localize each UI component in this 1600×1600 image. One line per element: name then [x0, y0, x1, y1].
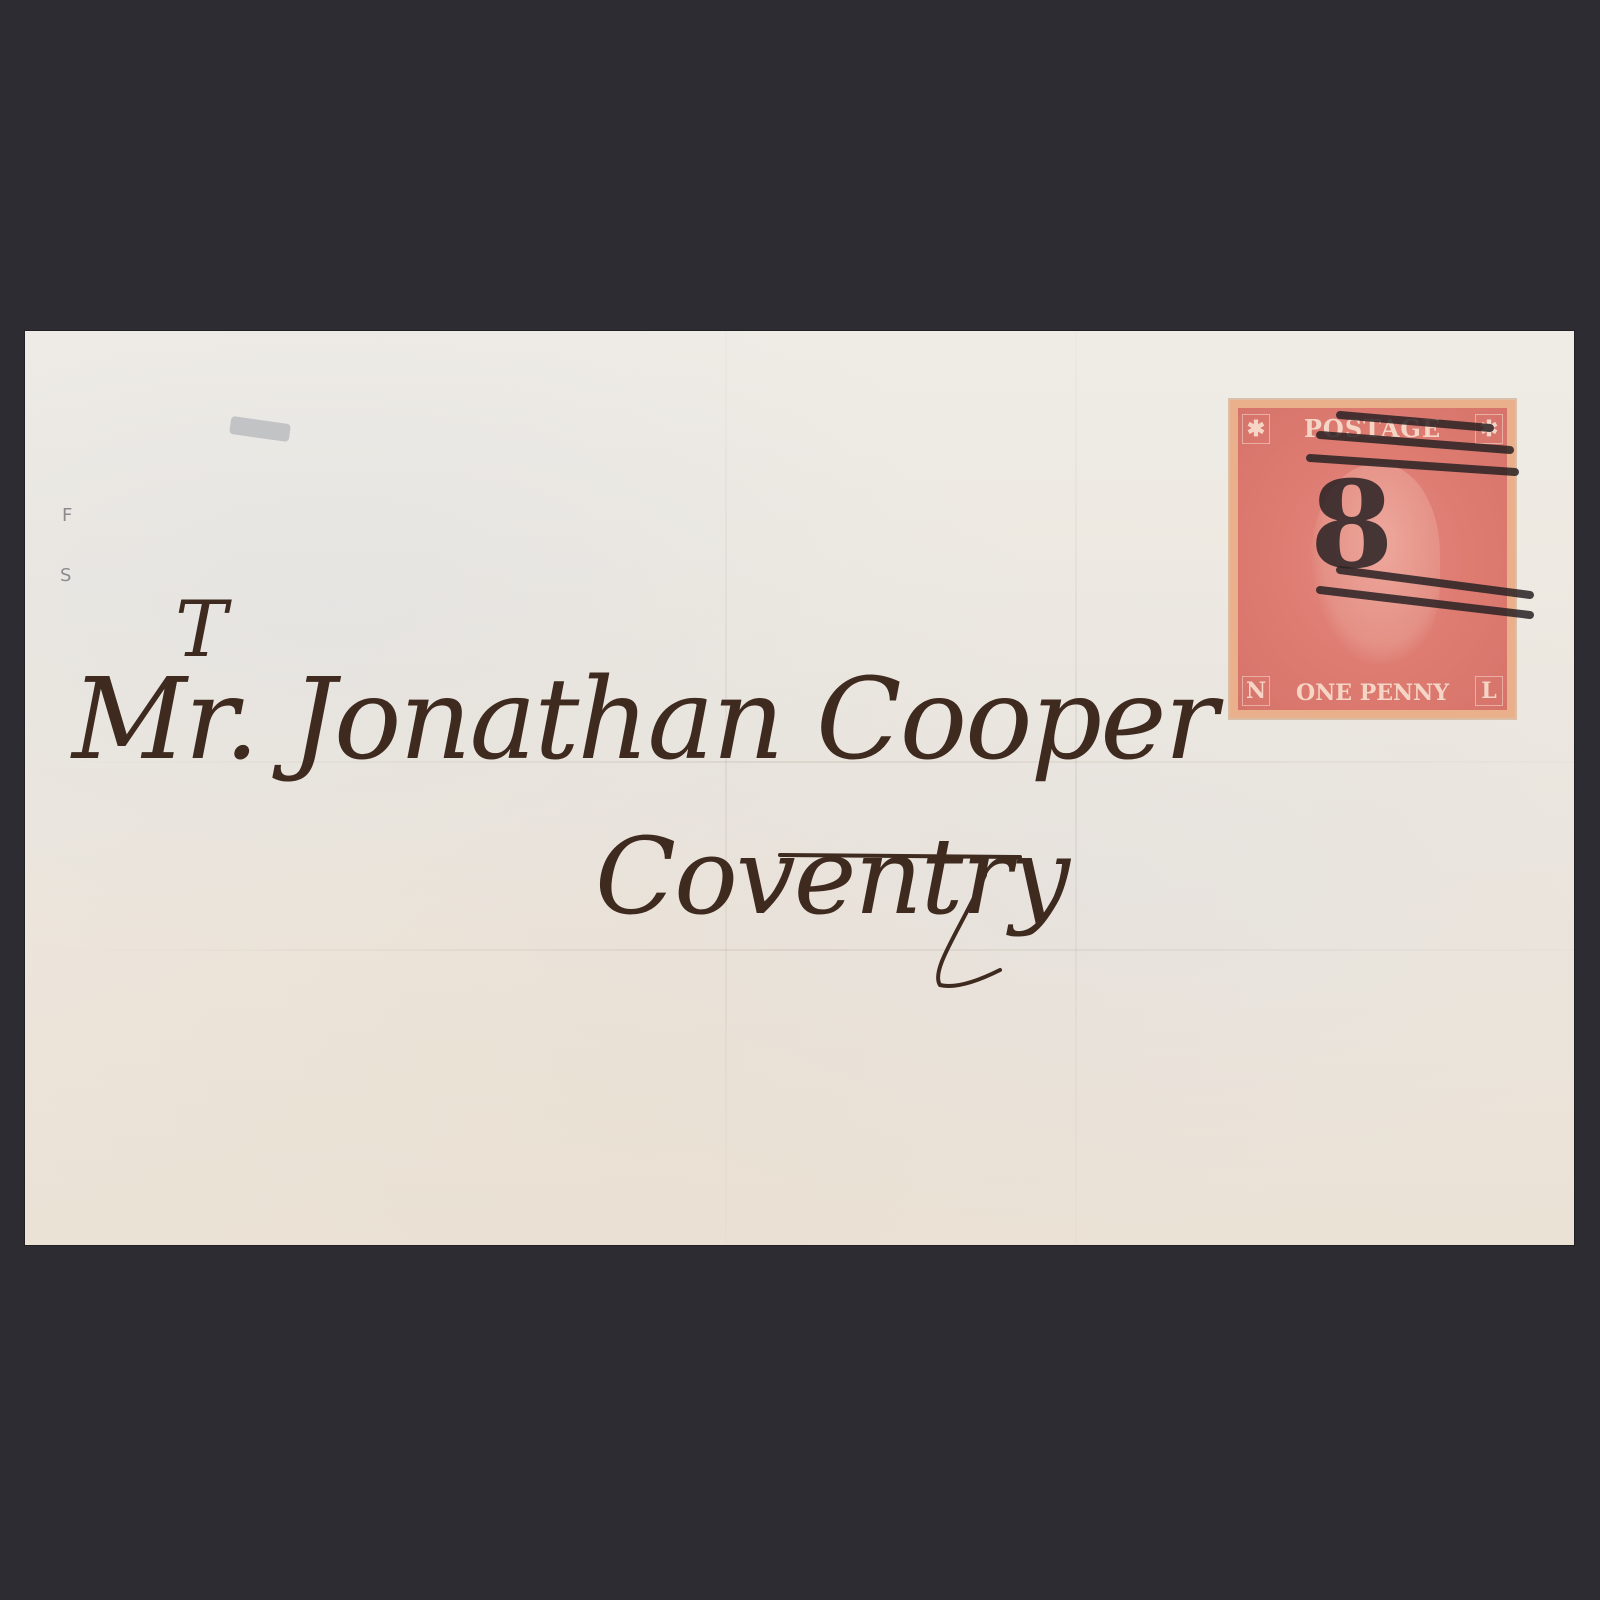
pencil-note: F [62, 505, 72, 526]
pencil-note: S [60, 565, 71, 586]
stamp-top-label: POSTAGE [1238, 414, 1507, 443]
photo-stage: F S T Mr. Jonathan Cooper Coventry ✱ ✱ P… [0, 0, 1600, 1600]
fold-crease [1075, 331, 1077, 1245]
stamp-corner-letter: N [1242, 676, 1270, 706]
fold-crease [25, 949, 1574, 951]
cancellation-numeral: 8 [1310, 455, 1400, 596]
address-recipient: Mr. Jonathan Cooper [72, 655, 1216, 785]
stamp-corner-letter: L [1475, 676, 1503, 706]
stamp-bottom-label: ONE PENNY [1238, 680, 1507, 706]
fold-crease [725, 331, 727, 1245]
address-city: Coventry [595, 815, 1068, 938]
